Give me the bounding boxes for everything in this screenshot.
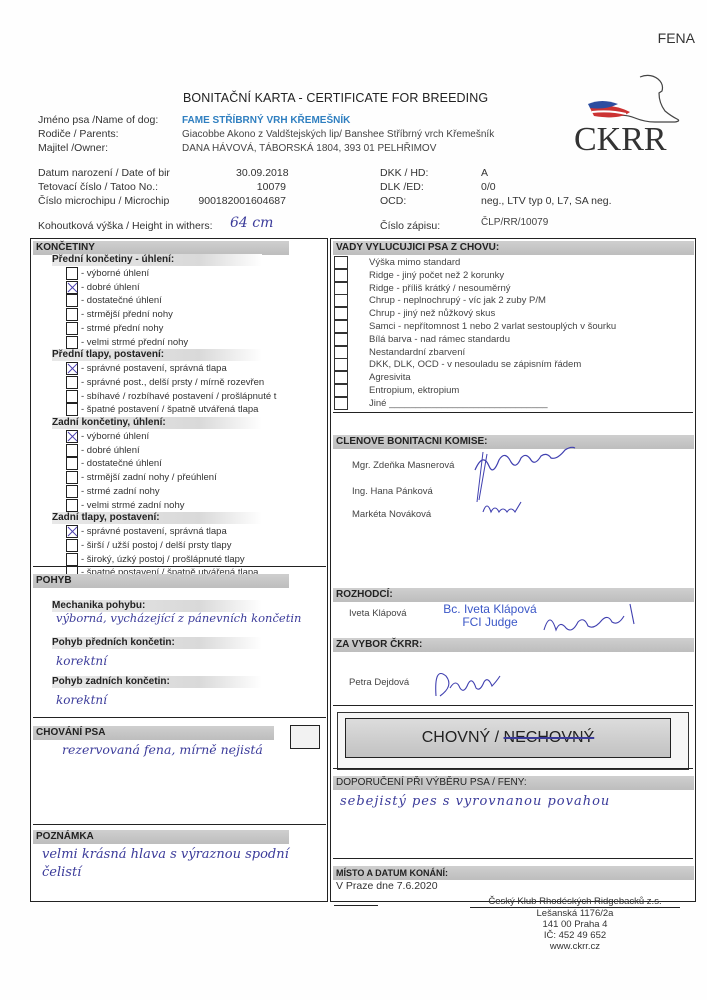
club-name: Český Klub Rhodéských Ridgebacků z.s. bbox=[470, 896, 680, 908]
fault-item[interactable]: DKK, DLK, OCD - v nesouladu se zápisním … bbox=[334, 358, 581, 371]
divider bbox=[33, 717, 326, 718]
judge-signature-icon bbox=[540, 600, 650, 640]
sex-label: FENA bbox=[658, 30, 695, 46]
committee-name: Petra Dejdová bbox=[349, 677, 409, 688]
checkbox[interactable] bbox=[66, 471, 78, 484]
limbs-group-label: Zadní tlapy, postavení: bbox=[52, 512, 262, 524]
checkbox[interactable] bbox=[66, 336, 78, 349]
checklist-item-label: - široký, úzký postoj / prošlápnuté tlap… bbox=[81, 554, 245, 565]
faults-section-title: VADY VYLUCUJICI PSA Z CHOVU: bbox=[333, 241, 694, 255]
checkbox[interactable] bbox=[66, 553, 78, 566]
divider bbox=[333, 705, 693, 706]
fault-item[interactable]: Jiné ______________________________ bbox=[334, 397, 548, 410]
checklist-item-label: - širší / užší postoj / delší prsty tlap… bbox=[81, 540, 231, 551]
dog-name-label: Jméno psa /Name of dog: bbox=[38, 114, 158, 126]
height: 64 cm bbox=[230, 215, 273, 231]
checklist-item[interactable]: - dobré úhlení bbox=[66, 281, 140, 294]
checkbox[interactable] bbox=[66, 403, 78, 416]
checklist-item[interactable]: - širší / užší postoj / delší prsty tlap… bbox=[66, 539, 231, 552]
checklist-item-label: - výborné úhlení bbox=[81, 431, 149, 442]
checklist-item-label: - špatné postavení / špatně utvářená tla… bbox=[81, 404, 258, 415]
checkbox[interactable] bbox=[334, 269, 348, 282]
front-movement-label: Pohyb předních končetin: bbox=[52, 637, 262, 649]
fault-item-label: Chrup - neplnochrupý - víc jak 2 zuby P/… bbox=[369, 295, 546, 306]
checklist-item-label: - dostatečné úhlení bbox=[81, 295, 162, 306]
hd: A bbox=[481, 167, 488, 179]
checked-checkbox[interactable] bbox=[66, 525, 78, 538]
checkbox[interactable] bbox=[66, 539, 78, 552]
checklist-item[interactable]: - výborné úhlení bbox=[66, 430, 149, 443]
verdict-separator: / bbox=[490, 729, 503, 747]
divider bbox=[33, 566, 326, 567]
checklist-item-label: - strmější zadní nohy / přeúhlení bbox=[81, 472, 217, 483]
checkbox[interactable] bbox=[334, 346, 348, 359]
height-label: Kohoutková výška / Height in withers: bbox=[38, 220, 213, 232]
checkbox[interactable] bbox=[334, 294, 348, 307]
behavior-checkbox[interactable] bbox=[290, 725, 320, 749]
reg-label: Číslo zápisu: bbox=[380, 220, 440, 232]
checklist-item[interactable]: - správné post., delší prsty / mírně roz… bbox=[66, 376, 264, 389]
checklist-item[interactable]: - sbíhavé / rozbíhavé postavení / prošlá… bbox=[66, 390, 276, 403]
rear-movement-value: korektní bbox=[56, 693, 107, 707]
checkbox[interactable] bbox=[334, 358, 348, 371]
fault-item-label: Ridge - jiný počet než 2 korunky bbox=[369, 270, 504, 281]
club-stamp: Český Klub Rhodéských Ridgebacků z.s. Le… bbox=[470, 896, 680, 952]
commission-signatures-icon bbox=[465, 440, 605, 525]
checklist-item-label: - velmi strmé zadní nohy bbox=[81, 500, 184, 511]
checkbox[interactable] bbox=[334, 384, 348, 397]
checklist-item-label: - strmější přední nohy bbox=[81, 309, 173, 320]
behavior-title: CHOVÁNÍ PSA bbox=[33, 726, 274, 740]
verdict-negative: NECHOVNÝ bbox=[504, 729, 595, 747]
checklist-item-label: - správné postavení, správná tlapa bbox=[81, 526, 227, 537]
checkbox[interactable] bbox=[334, 333, 348, 346]
checkbox[interactable] bbox=[66, 267, 78, 280]
club-id: IČ: 452 49 652 bbox=[470, 930, 680, 941]
checklist-item[interactable]: - dostatečné úhlení bbox=[66, 294, 162, 307]
checkbox[interactable] bbox=[66, 322, 78, 335]
tattoo: 10079 bbox=[236, 181, 286, 193]
checklist-item-label: - dobré úhlení bbox=[81, 282, 140, 293]
checkbox[interactable] bbox=[66, 499, 78, 512]
ed: 0/0 bbox=[481, 181, 496, 193]
checklist-item[interactable]: - správné postavení, správná tlapa bbox=[66, 362, 227, 375]
checklist-item-label: - velmi strmé přední nohy bbox=[81, 337, 188, 348]
judge-stamp-line2: FCI Judge bbox=[420, 616, 560, 629]
note-value: velmi krásná hlava s výraznou spodní čel… bbox=[42, 846, 322, 882]
club-street: Lešanská 1176/2a bbox=[470, 908, 680, 919]
fault-item[interactable]: Bílá barva - nad rámec standardu bbox=[334, 333, 510, 346]
fault-item[interactable]: Ridge - jiný počet než 2 korunky bbox=[334, 269, 504, 282]
checkbox[interactable] bbox=[66, 444, 78, 457]
judge-name: Iveta Klápová bbox=[349, 608, 407, 619]
page-title: BONITAČNÍ KARTA - CERTIFICATE FOR BREEDI… bbox=[183, 91, 488, 105]
checklist-item-label: - dostatečné úhlení bbox=[81, 458, 162, 469]
fault-item[interactable]: Entropium, ektropium bbox=[334, 384, 459, 397]
fault-item-label: Výška mimo standard bbox=[369, 257, 460, 268]
date-line bbox=[334, 905, 378, 906]
mechanics-value: výborná, vycházející z pánevních končeti… bbox=[56, 612, 306, 625]
checkbox[interactable] bbox=[66, 485, 78, 498]
limbs-group-label: Přední končetiny - úhlení: bbox=[52, 254, 262, 266]
limbs-section-title: KONČETINY bbox=[33, 241, 289, 255]
club-city: 141 00 Praha 4 bbox=[470, 919, 680, 930]
tattoo-label: Tetovací číslo / Tatoo No.: bbox=[38, 181, 158, 193]
ckrr-logo: CKRR bbox=[570, 72, 690, 157]
checkbox[interactable] bbox=[334, 256, 348, 269]
checklist-item[interactable]: - strmější zadní nohy / přeúhlení bbox=[66, 471, 217, 484]
checklist-item[interactable]: - strmé zadní nohy bbox=[66, 485, 160, 498]
dog-logo-icon: CKRR bbox=[570, 72, 690, 157]
checked-checkbox[interactable] bbox=[66, 281, 78, 294]
checklist-item-label: - strmé zadní nohy bbox=[81, 486, 160, 497]
checkbox[interactable] bbox=[334, 371, 348, 384]
checklist-item-label: - správné postavení, správná tlapa bbox=[81, 363, 227, 374]
chip-label: Číslo microchipu / Microchip bbox=[38, 195, 169, 207]
owner-label: Majitel /Owner: bbox=[38, 142, 108, 154]
checklist-item-label: - strmé přední nohy bbox=[81, 323, 163, 334]
checklist-item[interactable]: - strmější přední nohy bbox=[66, 308, 173, 321]
checklist-item-label: - dobré úhlení bbox=[81, 445, 140, 456]
fault-item[interactable]: Agresivita bbox=[334, 371, 411, 384]
ocd-label: OCD: bbox=[380, 195, 406, 207]
checkbox[interactable] bbox=[334, 282, 348, 295]
fault-item[interactable]: Chrup - jiný než nůžkový skus bbox=[334, 307, 495, 320]
verdict-box: CHOVNÝ / NECHOVNÝ bbox=[345, 718, 671, 758]
checkbox[interactable] bbox=[66, 390, 78, 403]
dob: 30.09.2018 bbox=[236, 167, 286, 179]
fault-item-label: Agresivita bbox=[369, 372, 411, 383]
commission-member-1: Mgr. Zdeňka Masnerová bbox=[352, 460, 454, 471]
behavior-value: rezervovaná fena, mírně nejistá bbox=[62, 742, 292, 758]
fault-item-label: Nestandardní zbarvení bbox=[369, 347, 465, 358]
place-date-value: V Praze dne 7.6.2020 bbox=[336, 880, 438, 892]
fault-item[interactable]: Nestandardní zbarvení bbox=[334, 346, 465, 359]
ed-label: DLK /ED: bbox=[380, 181, 424, 193]
commission-member-2: Ing. Hana Pánková bbox=[352, 486, 433, 497]
judge-stamp: Bc. Iveta Klápová FCI Judge bbox=[420, 603, 560, 629]
checkbox[interactable] bbox=[334, 320, 348, 333]
checklist-item-label: - výborné úhlení bbox=[81, 268, 149, 279]
checked-checkbox[interactable] bbox=[66, 362, 78, 375]
fault-item-label: Jiné ______________________________ bbox=[369, 398, 548, 409]
fault-item[interactable]: Samci - nepřítomnost 1 nebo 2 varlat ses… bbox=[334, 320, 616, 333]
divider bbox=[333, 412, 693, 413]
checkbox[interactable] bbox=[334, 397, 348, 410]
checkbox[interactable] bbox=[66, 457, 78, 470]
ocd: neg., LTV typ 0, L7, SA neg. bbox=[481, 195, 612, 207]
limbs-group-label: Zadní končetiny, úhlení: bbox=[52, 417, 262, 429]
checkbox[interactable] bbox=[66, 294, 78, 307]
note-title: POZNÁMKA bbox=[33, 830, 289, 844]
committee-signature-icon bbox=[430, 658, 510, 703]
checklist-item[interactable]: - dobré úhlení bbox=[66, 444, 140, 457]
place-date-title: MÍSTO A DATUM KONÁNÍ: bbox=[333, 866, 694, 880]
divider bbox=[333, 858, 693, 859]
checklist-item[interactable]: - strmé přední nohy bbox=[66, 322, 163, 335]
limbs-group-label: Přední tlapy, postavení: bbox=[52, 349, 262, 361]
dob-label: Datum narození / Date of bir bbox=[38, 167, 170, 179]
chip: 900182001604687 bbox=[196, 195, 286, 207]
fault-item[interactable]: Výška mimo standard bbox=[334, 256, 460, 269]
checklist-item[interactable]: - široký, úzký postoj / prošlápnuté tlap… bbox=[66, 553, 245, 566]
checklist-item[interactable]: - výborné úhlení bbox=[66, 267, 149, 280]
dog-name: FAME STŘÍBRNÝ VRH KŘEMEŠNÍK bbox=[182, 115, 350, 126]
recommendation-title: DOPORUČENÍ PŘI VÝBĚRU PSA / FENY: bbox=[333, 776, 694, 790]
parents: Giacobbe Akono z Valdštejských lip/ Bans… bbox=[182, 129, 494, 140]
fault-item-label: Samci - nepřítomnost 1 nebo 2 varlat ses… bbox=[369, 321, 616, 332]
hd-label: DKK / HD: bbox=[380, 167, 428, 179]
checklist-item-label: - správné post., delší prsty / mírně roz… bbox=[81, 377, 264, 388]
fault-item-label: Chrup - jiný než nůžkový skus bbox=[369, 308, 495, 319]
checklist-item-label: - sbíhavé / rozbíhavé postavení / prošlá… bbox=[81, 391, 276, 402]
rear-movement-label: Pohyb zadních končetin: bbox=[52, 676, 262, 688]
checkbox[interactable] bbox=[66, 308, 78, 321]
checklist-item[interactable]: - velmi strmé zadní nohy bbox=[66, 499, 184, 512]
club-website: www.ckrr.cz bbox=[470, 941, 680, 952]
checked-checkbox[interactable] bbox=[66, 430, 78, 443]
fault-item[interactable]: Chrup - neplnochrupý - víc jak 2 zuby P/… bbox=[334, 294, 546, 307]
verdict-positive: CHOVNÝ bbox=[422, 729, 490, 747]
parents-label: Rodiče / Parents: bbox=[38, 128, 119, 140]
checklist-item[interactable]: - správné postavení, správná tlapa bbox=[66, 525, 227, 538]
fault-item-label: Bílá barva - nad rámec standardu bbox=[369, 334, 510, 345]
fault-item-label: Ridge - příliš krátký / nesouměrný bbox=[369, 283, 511, 294]
checkbox[interactable] bbox=[66, 376, 78, 389]
divider bbox=[333, 768, 693, 769]
committee-title: ZA VYBOR ČKRR: bbox=[333, 638, 694, 652]
recommendation-value: sebejistý pes s vyrovnanou povahou bbox=[340, 794, 610, 809]
checkbox[interactable] bbox=[334, 307, 348, 320]
commission-member-3: Markéta Nováková bbox=[352, 509, 431, 520]
movement-title: POHYB bbox=[33, 574, 289, 588]
checklist-item[interactable]: - velmi strmé přední nohy bbox=[66, 336, 188, 349]
fault-item-label: Entropium, ektropium bbox=[369, 385, 459, 396]
reg: ČLP/RR/10079 bbox=[481, 217, 548, 228]
checklist-item[interactable]: - dostatečné úhlení bbox=[66, 457, 162, 470]
front-movement-value: korektní bbox=[56, 654, 107, 668]
owner: DANA HÁVOVÁ, TÁBORSKÁ 1804, 393 01 PELHŘ… bbox=[182, 143, 436, 154]
fault-item[interactable]: Ridge - příliš krátký / nesouměrný bbox=[334, 282, 511, 295]
checklist-item[interactable]: - špatné postavení / špatně utvářená tla… bbox=[66, 403, 258, 416]
svg-text:CKRR: CKRR bbox=[574, 121, 667, 157]
divider bbox=[33, 824, 326, 825]
fault-item-label: DKK, DLK, OCD - v nesouladu se zápisním … bbox=[369, 359, 581, 370]
